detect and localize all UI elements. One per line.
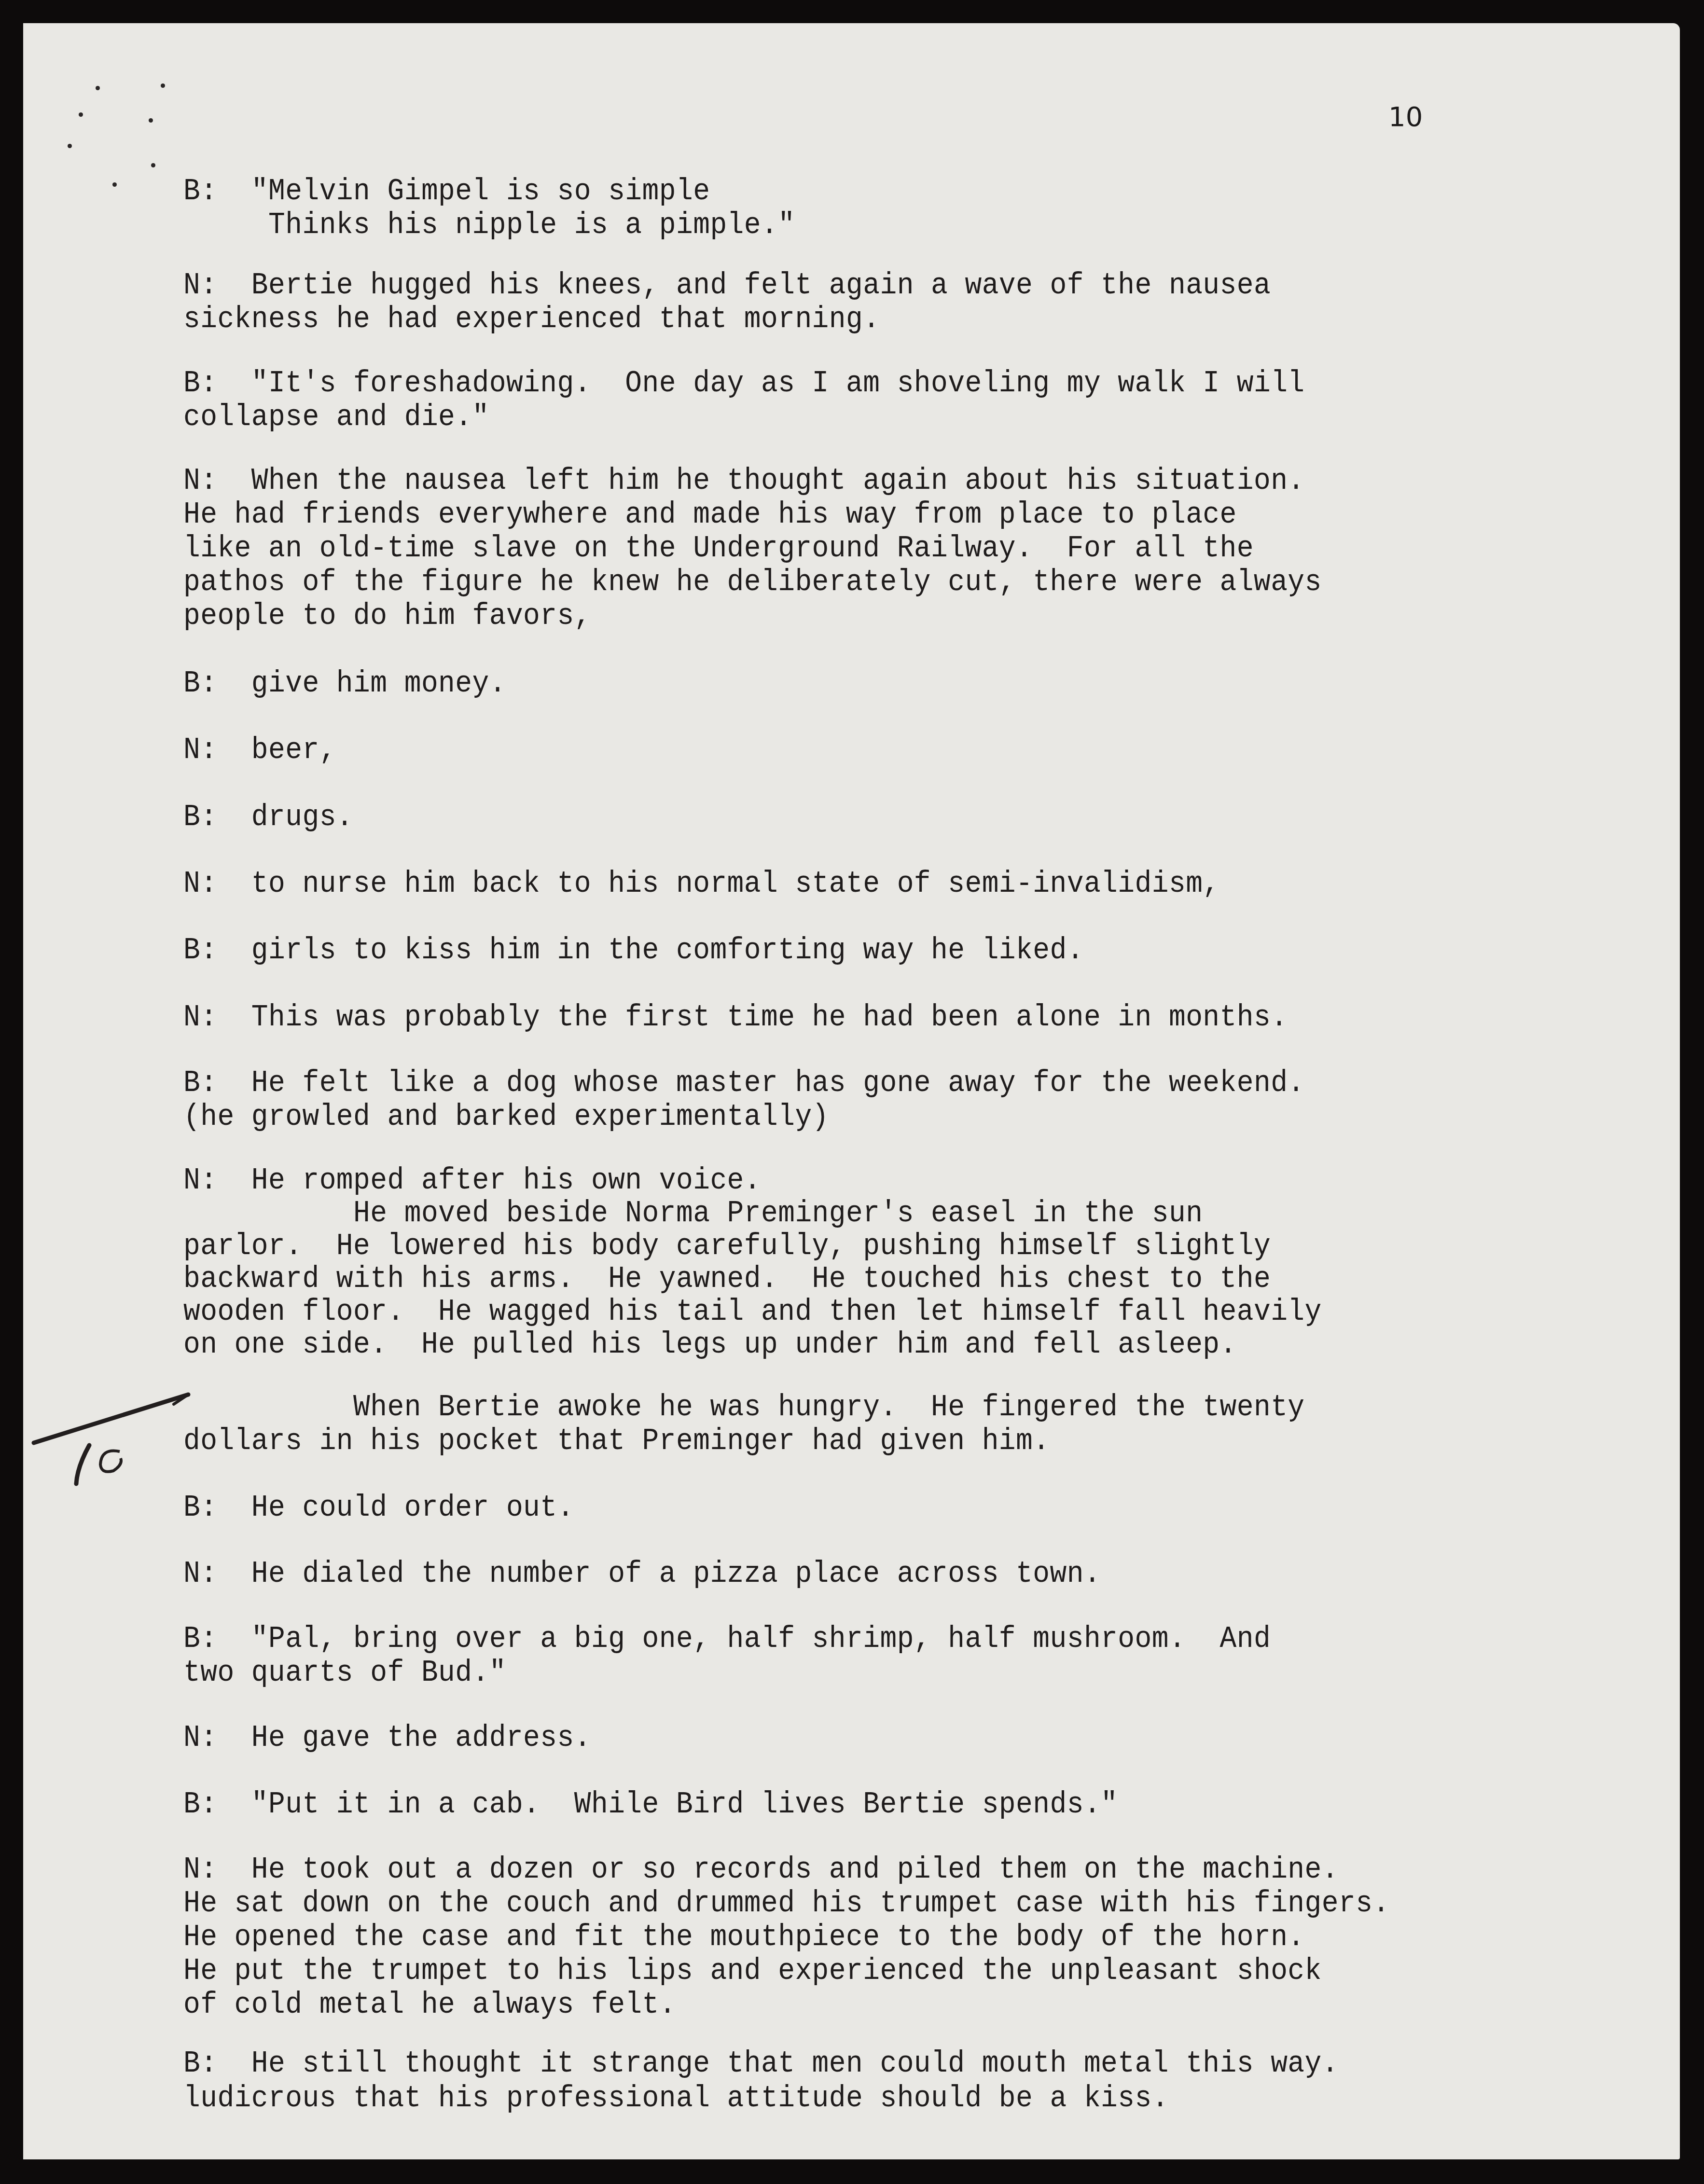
- text-line: B: "It's foreshadowing. One day as I am …: [183, 366, 1305, 402]
- text-line: B: "Pal, bring over a big one, half shri…: [183, 1621, 1271, 1658]
- text-line: ludicrous that his professional attitude…: [183, 2081, 1169, 2117]
- text-line: N: beer,: [183, 733, 336, 769]
- paper-speck: [68, 144, 72, 148]
- text-line: people to do him favors,: [183, 598, 591, 635]
- text-line: B: "Put it in a cab. While Bird lives Be…: [183, 1787, 1118, 1824]
- text-line: (he growled and barked experimentally): [183, 1099, 829, 1136]
- text-line: like an old-time slave on the Undergroun…: [183, 531, 1254, 567]
- text-line: sickness he had experienced that morning…: [183, 302, 880, 338]
- text-line: of cold metal he always felt.: [183, 1987, 676, 2024]
- handwritten-margin-annotation: [29, 1370, 193, 1486]
- text-line: B: give him money.: [183, 666, 506, 703]
- text-line: B: He still thought it strange that men …: [183, 2046, 1339, 2083]
- text-line: B: girls to kiss him in the comforting w…: [183, 933, 1084, 969]
- paper-speck: [112, 182, 117, 187]
- text-line: B: "Melvin Gimpel is so simple: [183, 174, 710, 210]
- text-line: He opened the case and fit the mouthpiec…: [183, 1920, 1305, 1956]
- paper-speck: [151, 163, 155, 167]
- text-line: on one side. He pulled his legs up under…: [183, 1327, 1237, 1364]
- text-line: N: to nurse him back to his normal state…: [183, 866, 1220, 903]
- text-line: collapse and die.": [183, 400, 489, 436]
- text-line: N: When the nausea left him he thought a…: [183, 463, 1305, 500]
- text-line: He had friends everywhere and made his w…: [183, 497, 1237, 534]
- paper-speck: [149, 118, 153, 123]
- page-number: 10: [1388, 101, 1423, 133]
- text-line: backward with his arms. He yawned. He to…: [183, 1261, 1271, 1298]
- text-line: two quarts of Bud.": [183, 1655, 506, 1692]
- text-line: N: He gave the address.: [183, 1720, 591, 1757]
- text-line: N: Bertie hugged his knees, and felt aga…: [183, 268, 1271, 304]
- paper-speck: [79, 112, 83, 117]
- text-line: B: drugs.: [183, 800, 353, 836]
- paper-speck: [161, 83, 165, 88]
- text-line: He moved beside Norma Preminger's easel …: [183, 1196, 1203, 1232]
- text-line: When Bertie awoke he was hungry. He fing…: [183, 1390, 1305, 1426]
- text-line: N: This was probably the first time he h…: [183, 1000, 1288, 1037]
- text-line: pathos of the figure he knew he delibera…: [183, 565, 1322, 601]
- text-line: B: He felt like a dog whose master has g…: [183, 1065, 1305, 1102]
- paper-speck: [96, 86, 100, 90]
- text-line: N: He dialed the number of a pizza place…: [183, 1556, 1101, 1593]
- text-line: B: He could order out.: [183, 1490, 574, 1527]
- text-line: dollars in his pocket that Preminger had…: [183, 1424, 1050, 1460]
- text-line: Thinks his nipple is a pimple.": [183, 207, 795, 244]
- text-line: N: He took out a dozen or so records and…: [183, 1852, 1339, 1889]
- text-line: He sat down on the couch and drummed his…: [183, 1886, 1390, 1922]
- text-line: wooden floor. He wagged his tail and the…: [183, 1294, 1322, 1331]
- text-line: N: He romped after his own voice.: [183, 1163, 761, 1200]
- text-line: He put the trumpet to his lips and exper…: [183, 1953, 1322, 1990]
- text-line: parlor. He lowered his body carefully, p…: [183, 1229, 1271, 1265]
